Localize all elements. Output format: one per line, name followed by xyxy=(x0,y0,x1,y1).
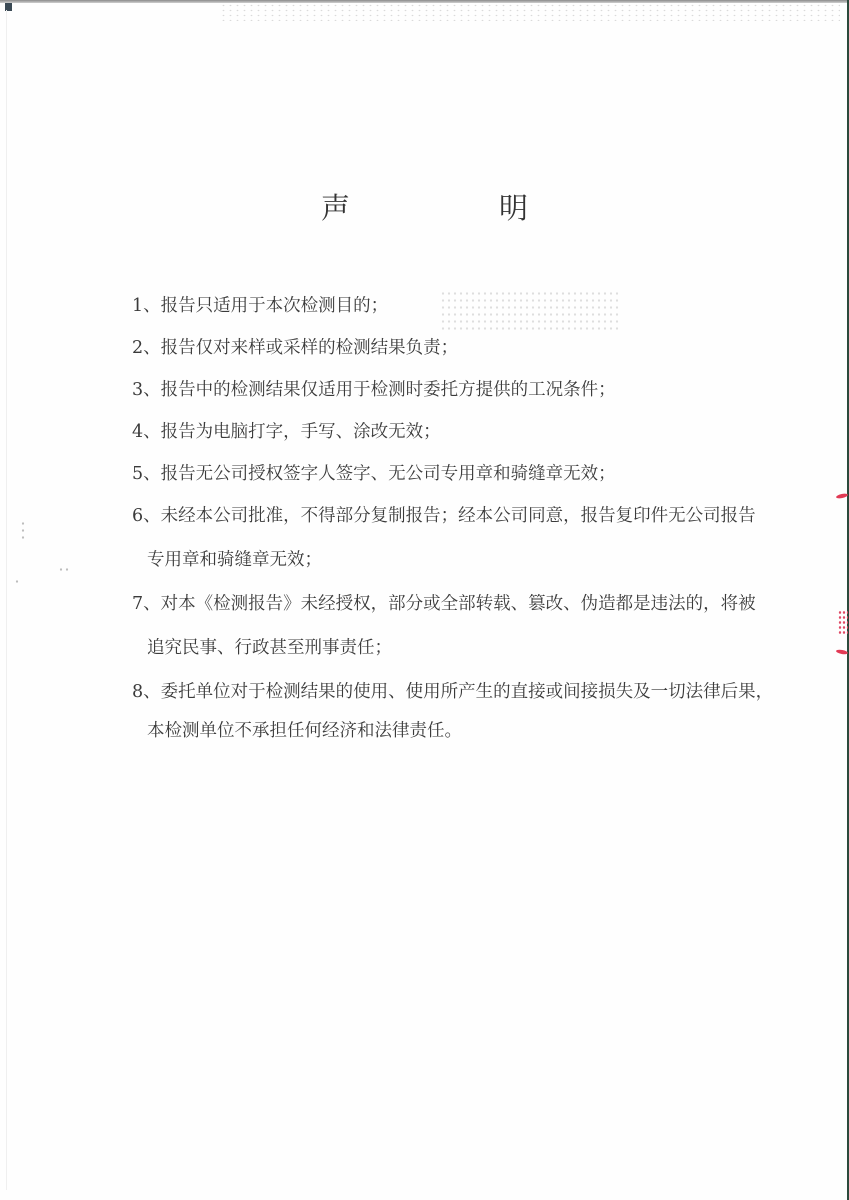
item-text-continuation: 专用章和骑缝章无效； xyxy=(132,537,752,583)
page-title: 声 明 xyxy=(0,186,849,227)
statement-item-2: 2、报告仅对来样或采样的检测结果负责； xyxy=(132,327,752,369)
statement-item-1: 1、报告只适用于本次检测目的； xyxy=(132,285,752,327)
scanned-page: 声 明 1、报告只适用于本次检测目的； 2、报告仅对来样或采样的检测结果负责； … xyxy=(0,0,849,1200)
scan-noise xyxy=(58,566,70,572)
statement-item-4: 4、报告为电脑打字，手写、涂改无效； xyxy=(132,411,752,453)
item-text: 报告仅对来样或采样的检测结果负责； xyxy=(161,338,459,358)
item-text: 未经本公司批准，不得部分复制报告；经本公司同意，报告复印件无公司报告 xyxy=(161,506,756,526)
item-number: 6、 xyxy=(132,495,161,537)
item-text: 报告只适用于本次检测目的； xyxy=(161,296,389,316)
statement-item-7: 7、对本《检测报告》未经授权，部分或全部转载、篡改、伪造都是违法的，将被 追究民… xyxy=(132,583,752,671)
statement-list: 1、报告只适用于本次检测目的； 2、报告仅对来样或采样的检测结果负责； 3、报告… xyxy=(132,285,752,749)
statement-item-3: 3、报告中的检测结果仅适用于检测时委托方提供的工况条件； xyxy=(132,369,752,411)
scan-noise xyxy=(220,3,840,21)
item-number: 5、 xyxy=(132,453,161,495)
statement-item-5: 5、报告无公司授权签字人签字、无公司专用章和骑缝章无效； xyxy=(132,453,752,495)
scan-noise xyxy=(14,578,20,583)
item-number: 1、 xyxy=(132,285,161,327)
item-number: 3、 xyxy=(132,369,161,411)
seal-fragment xyxy=(838,610,848,636)
statement-item-8: 8、委托单位对于检测结果的使用、使用所产生的直接或间接损失及一切法律后果， 本检… xyxy=(132,671,752,749)
item-text: 委托单位对于检测结果的使用、使用所产生的直接或间接损失及一切法律后果， xyxy=(161,682,774,702)
item-text-continuation: 本检测单位不承担任何经济和法律责任。 xyxy=(132,713,752,749)
item-text: 报告为电脑打字，手写、涂改无效； xyxy=(161,422,441,442)
item-text: 报告无公司授权签字人签字、无公司专用章和骑缝章无效； xyxy=(161,464,616,484)
item-number: 4、 xyxy=(132,411,161,453)
item-text: 报告中的检测结果仅适用于检测时委托方提供的工况条件； xyxy=(161,380,616,400)
item-number: 8、 xyxy=(132,671,161,713)
binding-mark xyxy=(5,3,12,7)
scan-noise xyxy=(20,520,26,542)
item-number: 7、 xyxy=(132,583,161,625)
item-text: 对本《检测报告》未经授权，部分或全部转载、篡改、伪造都是违法的，将被 xyxy=(161,594,756,614)
item-number: 2、 xyxy=(132,327,161,369)
statement-item-6: 6、未经本公司批准，不得部分复制报告；经本公司同意，报告复印件无公司报告 专用章… xyxy=(132,495,752,583)
item-text-continuation: 追究民事、行政甚至刑事责任； xyxy=(132,625,752,671)
